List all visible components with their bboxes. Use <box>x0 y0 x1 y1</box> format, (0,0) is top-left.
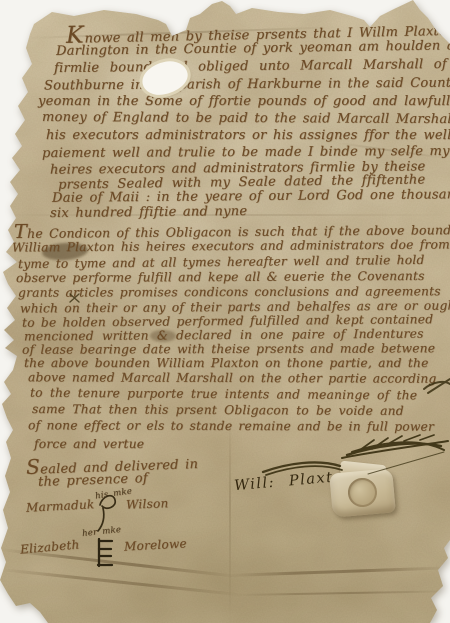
manuscript-line: to the tenure purporte true intents and … <box>30 386 417 403</box>
witness-mark-note: her mke <box>82 525 122 539</box>
manuscript-line: same That then this prsent Obligacon to … <box>32 402 404 418</box>
manuscript-line: six hundred ffiftie and nyne <box>50 204 247 221</box>
manuscript-line: his executors administrators or his assi… <box>46 128 450 143</box>
fold-crease <box>236 590 450 596</box>
paper-covered-seal <box>329 468 396 517</box>
seal-emboss-circle <box>347 477 378 508</box>
pen-flourish-scribble <box>342 435 448 458</box>
fold-crease <box>0 568 244 597</box>
scan-background: Knowe all men by theise prsents that I W… <box>0 0 450 623</box>
document-paper: Knowe all men by theise prsents that I W… <box>0 0 450 623</box>
witness-mark-morelowe <box>98 539 112 566</box>
manuscript-line: of lease bearinge date with theise prsen… <box>22 341 435 356</box>
manuscript-line: observe performe fulfill and kepe all & … <box>16 269 425 285</box>
fold-crease <box>229 415 231 623</box>
manuscript-line: above named Marcall Marshall on the othe… <box>28 370 437 385</box>
manuscript-line: firmlie bound and obliged unto Marcall M… <box>54 57 447 76</box>
manuscript-line: Southburne in the parish of Harkburne in… <box>44 76 450 94</box>
manuscript-line: force and vertue <box>34 437 144 451</box>
manuscript-line: of none effect or els to stande remaine … <box>28 418 434 433</box>
witness-last-name: Wilson <box>126 496 169 511</box>
witness-first-name: Elizabeth <box>20 537 80 556</box>
manuscript-line: money of England to be paid to the said … <box>42 110 450 127</box>
paper-shadow-wrap: Knowe all men by theise prsents that I W… <box>0 0 450 623</box>
witness-last-name: Morelowe <box>124 536 187 553</box>
manuscript-line: William Plaxton his heires executors and… <box>12 237 450 254</box>
manuscript-line: the above bounden William Plaxton on tho… <box>24 356 429 370</box>
manuscript-line: yeoman in the Some of ffortie pounds of … <box>38 94 450 109</box>
witness-first-name: Marmaduk <box>26 497 95 515</box>
manuscript-line: Daie of Maii : in the yeare of our Lord … <box>52 187 450 206</box>
fold-crease <box>228 566 450 577</box>
manuscript-line: paiement well and trulie to be made I bi… <box>42 144 450 161</box>
manuscript-line: grants articles promises condicons concl… <box>18 284 441 299</box>
